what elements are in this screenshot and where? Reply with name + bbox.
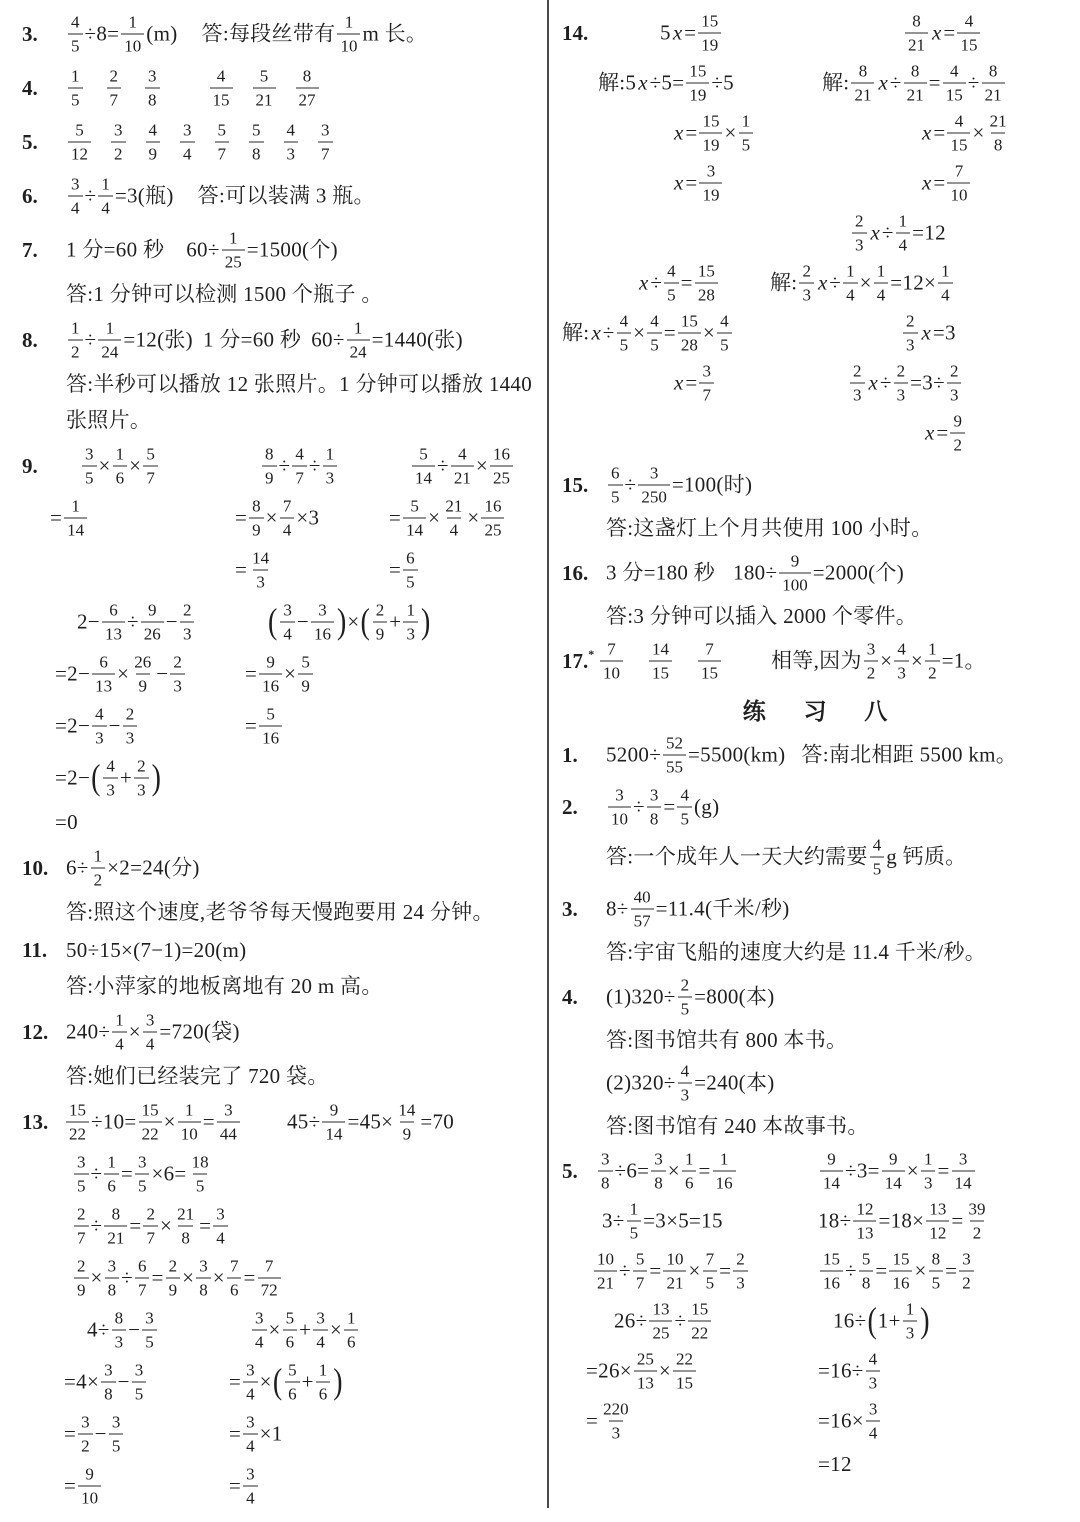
math-text: + [302,1369,314,1395]
math-text: ÷ [603,320,615,346]
equation-segment: 23x÷23=3÷23 [848,363,963,404]
math-text: = [685,370,697,396]
equation-segment: =516 [245,706,284,747]
math-text: ÷ [85,183,97,209]
fraction-denominator: 7 [74,1226,89,1247]
math-text: = [229,1473,241,1499]
fraction-denominator: 2 [111,142,126,163]
fraction: 125 [222,230,245,271]
fraction-numerator: 1 [316,1362,331,1382]
fraction-denominator: 10 [600,661,623,682]
math-text: ÷ [279,453,291,479]
equation-segment: 34÷14=3(瓶)答:可以装满 3 瓶。 [66,176,375,217]
math-text: =2− [55,661,90,687]
fraction-numerator: 3 [243,1414,258,1434]
fraction-denominator: 5 [68,88,83,109]
variable-x: x [672,170,685,196]
fraction-denominator: 2 [91,868,106,889]
variable-x: x [930,20,943,46]
math-text: =12(张) [123,327,193,353]
fraction: 415 [943,63,966,104]
fraction-numerator: 4 [870,837,885,857]
math-text: ÷ [829,270,841,296]
fraction-denominator: 7 [143,466,158,487]
fraction-numerator: 4 [455,446,470,466]
equation-segment: =2−43−23 [55,706,139,747]
math-row: (2)320÷43=240(本) [606,1058,1068,1108]
math-text: × [724,120,736,146]
fraction: 23 [850,363,865,404]
fraction-numerator: 3 [315,602,330,622]
fraction-denominator: 13 [634,1371,657,1392]
math-text: 3 分=180 秒 [606,560,715,586]
math-text: =26× [586,1358,632,1384]
fraction-numerator: 4 [292,446,307,466]
math-text: =45× [347,1109,393,1135]
math-text: = [664,320,676,346]
fraction-numerator: 4 [678,1063,693,1083]
problem-number: 2. [562,782,578,832]
problem-number: 13. [22,1096,48,1148]
problem-14: 14.5x=1519821x=415解:5x÷5=1519÷5解:821x÷82… [562,8,1068,458]
math-text: = [875,1258,887,1284]
fraction-numerator: 13 [649,1301,672,1321]
fraction-denominator: 8 [249,142,264,163]
fraction-denominator: 15 [210,88,233,109]
math-text: 答:小萍家的地板离地有 20 m 高。 [66,973,383,999]
equation-segment: 3 分=180 秒180÷9100=2000(个) [606,553,904,594]
fraction-numerator: 3 [959,1251,974,1271]
fraction-numerator: 3 [142,1310,157,1330]
fraction: 34 [280,602,295,643]
fraction-numerator: 3 [864,641,879,661]
equation-segment: 2−613÷926−23 [77,602,196,643]
fraction: 23 [852,213,867,254]
fraction-denominator: 9 [166,1278,181,1299]
problem-number: 7. [22,224,38,276]
variable-x: x [589,320,602,346]
math-row: 解:x÷45×45=1528×4523x=3 [606,308,1068,358]
fraction-numerator: 1 [351,320,366,340]
math-text: = [698,1158,710,1184]
math-row: =12 [606,1446,1068,1482]
fraction: 821 [104,1206,127,1247]
math-text: − [118,1369,130,1395]
math-text: 50÷15×(7−1)=20(m) [66,937,246,963]
math-row: 3÷15=3×5=1518÷1213=18×1312=392 [606,1196,1068,1246]
equation-segment: 答:照这个速度,老爷爷每天慢跑要用 24 分钟。 [66,899,494,925]
fraction-numerator: 220 [600,1401,632,1421]
fraction-numerator: 15 [820,1251,843,1271]
equation-segment: =143 [235,550,274,591]
math-text: 1+ [878,1308,901,1334]
math-text: =16× [818,1408,864,1434]
math-text: =2000(个) [813,560,904,586]
math-text: × [467,505,479,531]
math-text: = [684,20,696,46]
fraction-numerator: 14 [649,641,672,661]
variable-x: x [923,420,936,446]
fraction-denominator: 8 [196,1278,211,1299]
fraction-numerator: 1 [104,1154,119,1174]
math-text: = [933,170,945,196]
fraction: 23 [180,602,195,643]
problem-8: 8.12÷124=12(张)1 分=60 秒60÷124=1440(张)答:半秒… [22,314,536,438]
equation-segment: 6÷12×2=24(分) [66,848,200,889]
math-text: × [160,1213,172,1239]
fraction-denominator: 4 [98,196,113,217]
math-text: × [860,270,872,296]
fraction-denominator: 6 [104,1174,119,1195]
math-text: ÷ [437,453,449,479]
fraction-numerator: 3 [280,602,295,622]
fraction-denominator: 14 [820,1171,843,1192]
fraction-denominator: 16 [713,1171,736,1192]
math-row: 38÷6=38×16=116914÷3=914×13=314 [606,1146,1068,1196]
fraction: 43 [894,641,909,682]
equation-segment: x=92 [923,413,967,454]
fraction: 89 [249,498,264,539]
math-text: 答:每段丝带有 [202,21,336,47]
fraction-denominator: 5 [142,1330,157,1351]
spacer [235,88,251,89]
fraction-numerator: 9 [263,654,278,674]
fraction-denominator: 3 [323,466,338,487]
fraction-numerator: 15 [695,263,718,283]
fraction-denominator: 16 [889,1271,912,1292]
fraction-numerator: 3 [598,1151,613,1171]
fraction: 114 [64,498,87,539]
math-row: 5x=1519821x=415 [606,8,1068,58]
fraction: 45 [647,313,662,354]
math-text: =2− [55,765,90,791]
fraction-denominator: 9 [298,674,313,695]
fraction-denominator: 2 [950,433,965,454]
problem-number: 9. [22,440,38,492]
fraction-numerator: 3 [866,1401,881,1421]
parenthesis: ( [866,1298,877,1344]
fraction-denominator: 4 [243,1486,258,1507]
math-text: 180÷ [733,560,777,586]
math-text: × [911,648,923,674]
fraction-numerator: 3 [704,163,719,183]
fraction-numerator: 1 [739,113,754,133]
fraction-denominator: 3 [921,1171,936,1192]
fraction-denominator: 8 [101,1382,116,1403]
fraction-denominator: 3 [112,1330,127,1351]
problem-number: 16. [562,548,588,598]
equation-segment: =0 [55,809,78,835]
math-text: = [235,557,247,583]
fraction-denominator: 3 [92,726,107,747]
fraction-numerator: 1 [68,498,83,518]
fraction: 13 [323,446,338,487]
fraction-denominator: 3 [170,674,185,695]
fraction-numerator: 8 [112,1310,127,1330]
fraction-numerator: 10 [663,1251,686,1271]
math-text: = [229,1421,241,1447]
fraction-numerator: 2 [74,1206,89,1226]
problem-2: 2.310÷38=45(g)答:一个成年人一天大约需要45 g 钙质。 [562,782,1068,882]
fraction: 415 [947,113,970,154]
fraction-numerator: 9 [327,1102,342,1122]
math-row: =143=65 [66,544,536,596]
equation-segment: 8÷4057=11.4(千米/秒) [606,889,790,930]
fraction-numerator: 3 [647,787,662,807]
fraction-denominator: 22 [688,1321,711,1342]
math-text: = [951,1208,963,1234]
fraction: 1415 [649,641,672,682]
math-text: 答:可以装满 3 瓶。 [198,183,375,209]
fraction-denominator: 3 [852,233,867,254]
fraction-numerator: 2 [170,654,185,674]
math-text: =5500(km) [688,742,785,768]
fraction-denominator: 9 [400,1122,415,1143]
fraction: 916 [259,654,282,695]
math-text: =4× [64,1369,99,1395]
fraction: 914 [882,1151,905,1192]
problem-6: 6.34÷14=3(瓶)答:可以装满 3 瓶。 [22,170,536,222]
fraction-numerator: 4 [214,68,229,88]
fraction-denominator: 4 [180,142,195,163]
fraction-numerator: 4 [962,13,977,33]
math-text: =0 [55,809,78,835]
equation-segment: 解:5x÷5=1519÷5 [598,63,734,104]
fraction-denominator: 3 [903,1321,918,1342]
math-text: ÷ [85,327,97,353]
left-column: 3.45÷8=110(m)答:每段丝带有110 m 长。4.1527384155… [22,8,536,1514]
spacer [715,573,733,574]
equation-segment: 50÷15×(7−1)=20(m) [66,937,246,963]
equation-segment: 38÷6=38×16=116 [596,1151,738,1192]
fraction-numerator: 1 [226,230,241,250]
fraction-denominator: 57 [631,909,654,930]
fraction-numerator: 4 [947,63,962,83]
fraction: 12 [925,641,940,682]
fraction: 35 [109,1414,124,1455]
math-text: × [347,609,359,635]
fraction-denominator: 2 [925,661,940,682]
math-row: 答:1 分钟可以检测 1500 个瓶子 。 [66,276,536,312]
fraction-numerator: 4 [664,263,679,283]
fraction: 514 [403,498,426,539]
variable-x: x [636,70,649,96]
fraction-denominator: 5 [74,1174,89,1195]
fraction: 710 [947,163,970,204]
math-row: 6÷12×2=24(分) [66,842,536,894]
fraction-denominator: 3 [894,383,909,404]
equation-segment: 5200÷5255=5500(km)答:南北相距 5500 km。 [606,735,1017,776]
fraction-numerator: 1 [925,641,940,661]
fraction-denominator: 9 [249,518,264,539]
fraction-denominator: 21 [982,83,1005,104]
fraction: 34 [252,1310,267,1351]
math-row: 50÷15×(7−1)=20(m) [66,932,536,968]
fraction-numerator: 3 [313,1310,328,1330]
problem-number: 11. [22,932,47,968]
fraction: 43 [284,122,299,163]
math-row: 34÷14=3(瓶)答:可以装满 3 瓶。 [66,170,536,222]
fraction-numerator: 3 [105,1258,120,1278]
fraction-numerator: 2 [123,706,138,726]
fraction-denominator: 5 [717,333,732,354]
fraction-numerator: 9 [886,1151,901,1171]
fraction-numerator: 1 [112,1012,127,1032]
fraction: 1312 [926,1201,949,1242]
fraction-denominator: 8 [651,1171,666,1192]
equation-segment: 张照片。 [66,407,151,433]
math-row: 29×38÷67=29×38×76=772 [66,1252,536,1304]
fraction-denominator: 14 [952,1171,975,1192]
spacer [123,88,143,89]
fraction: 110 [121,14,144,55]
math-row: 答:照这个速度,老爷爷每天慢跑要用 24 分钟。 [66,894,536,930]
fraction: 914 [322,1102,345,1143]
fraction: 34 [866,1401,881,1442]
math-text: = [235,505,247,531]
fraction: 65 [403,550,418,591]
parenthesis: ) [919,1298,930,1344]
math-text: × [668,1158,680,1184]
fraction-numerator: 3 [252,1310,267,1330]
fraction-denominator: 6 [113,466,128,487]
math-text: ÷10= [91,1109,137,1135]
parenthesis: ) [420,599,431,645]
fraction: 43 [866,1351,881,1392]
fraction-denominator: 8 [105,1278,120,1299]
fraction-numerator: 1 [91,848,106,868]
fraction-denominator: 16 [259,674,282,695]
math-row: 152738415521827 [66,62,536,114]
fraction-denominator: 7 [318,142,333,163]
fraction: 23 [170,654,185,695]
fraction: 35 [142,1310,157,1351]
math-text: × [91,1265,103,1291]
math-row: 2−613÷926−23(34−316)×(29+13) [66,596,536,648]
math-text: × [213,1265,225,1291]
math-text: =3×5=15 [643,1208,723,1234]
fraction: 1325 [649,1301,672,1342]
fraction: 34 [243,1414,258,1455]
fraction-numerator: 8 [908,63,923,83]
fraction: 821 [851,63,874,104]
fraction-denominator: 10 [121,34,144,55]
math-text: ×2=24(分) [107,855,200,881]
equation-segment: x÷45=1528 [637,263,720,304]
fraction-numerator: 10 [594,1251,617,1271]
math-text: 张照片。 [66,407,151,433]
math-row: 26÷1325÷152216÷(1+13) [606,1296,1068,1346]
fraction: 34 [143,1012,158,1053]
equation-segment: =26×2513×2215 [586,1351,698,1392]
fraction-denominator: 3 [609,1421,624,1442]
fraction-numerator: 7 [703,1251,718,1271]
math-text: ÷ [633,794,645,820]
math-row: x=319x=710 [606,158,1068,208]
math-text: = [681,270,693,296]
problem-13: 13.1522÷10=1522×110=34445÷914=45×149=703… [22,1096,536,1512]
equation-segment: 答:图书馆共有 800 本书。 [606,1027,847,1053]
fraction-denominator: 3 [866,1371,881,1392]
fraction-numerator: 15 [688,1301,711,1321]
fraction-numerator: 2 [107,68,122,88]
math-row: 答:3 分钟可以插入 2000 个零件。 [606,598,1068,634]
fraction: 38 [105,1258,120,1299]
fraction-numerator: 8 [262,446,277,466]
fraction: 392 [965,1201,988,1242]
math-text: ÷6= [615,1158,650,1184]
fraction: 421 [451,446,474,487]
math-row: 27÷821=27×218=34 [66,1200,536,1252]
fraction: 910 [78,1466,101,1507]
fraction-denominator: 3 [894,661,909,682]
spacer [301,340,311,341]
fraction-denominator: 5 [627,1221,642,1242]
math-text: (2)320÷ [606,1070,676,1096]
fraction: 110 [337,14,360,55]
fraction: 34 [180,122,195,163]
fraction: 47 [292,446,307,487]
math-text: × [129,1019,141,1045]
math-row: 解:5x÷5=1519÷5解:821x÷821=415÷821 [606,58,1068,108]
fraction-denominator: 22 [66,1122,89,1143]
fraction: 25 [678,977,693,1018]
math-text: 4÷ [87,1317,110,1343]
fraction: 49 [146,122,161,163]
equation-segment: 23x=3 [901,313,956,354]
fraction: 185 [189,1154,212,1195]
math-text: 3÷ [602,1208,625,1234]
math-text: = [245,713,257,739]
fraction-denominator: 25 [481,518,504,539]
math-text: 答:宇宙飞船的速度大约是 11.4 千米/秒。 [606,939,986,965]
math-row: 23x÷14=12 [606,208,1068,258]
math-text: × [260,1369,272,1395]
math-text: 1 分=60 秒 [66,237,164,263]
fraction: 926 [141,602,164,643]
math-text: 解: [562,320,589,346]
fraction: 1625 [490,446,513,487]
fraction-denominator: 8 [178,1226,193,1247]
equation-segment: =2−613×269−23 [55,654,187,695]
fraction-numerator: 16 [490,446,513,466]
fraction-denominator: 9 [146,142,161,163]
math-text: 60÷ [311,327,344,353]
math-text: ×3 [296,505,319,531]
fraction-denominator: 9 [262,466,277,487]
spacer [162,88,208,89]
math-text: = [229,1369,241,1395]
problem-number: 3. [562,884,578,934]
fraction: 38 [101,1362,116,1403]
fraction: 16 [113,446,128,487]
fraction: 116 [713,1151,736,1192]
fraction: 92 [950,413,965,454]
fraction-numerator: 5 [633,1251,648,1271]
equation-segment: 答:她们已经装完了 720 袋。 [66,1063,329,1089]
fraction-numerator: 2 [894,363,909,383]
fraction-denominator: 3 [103,778,118,799]
problem-number: 3. [22,8,38,60]
fraction-numerator: 1 [68,320,83,340]
math-text: ÷3= [845,1158,880,1184]
fraction: 14 [112,1012,127,1053]
fraction-denominator: 9 [136,674,151,695]
fraction-numerator: 1 [682,1151,697,1171]
fraction-denominator: 7 [107,88,122,109]
equation-segment: =12 [818,1451,852,1477]
fraction-numerator: 39 [965,1201,988,1221]
